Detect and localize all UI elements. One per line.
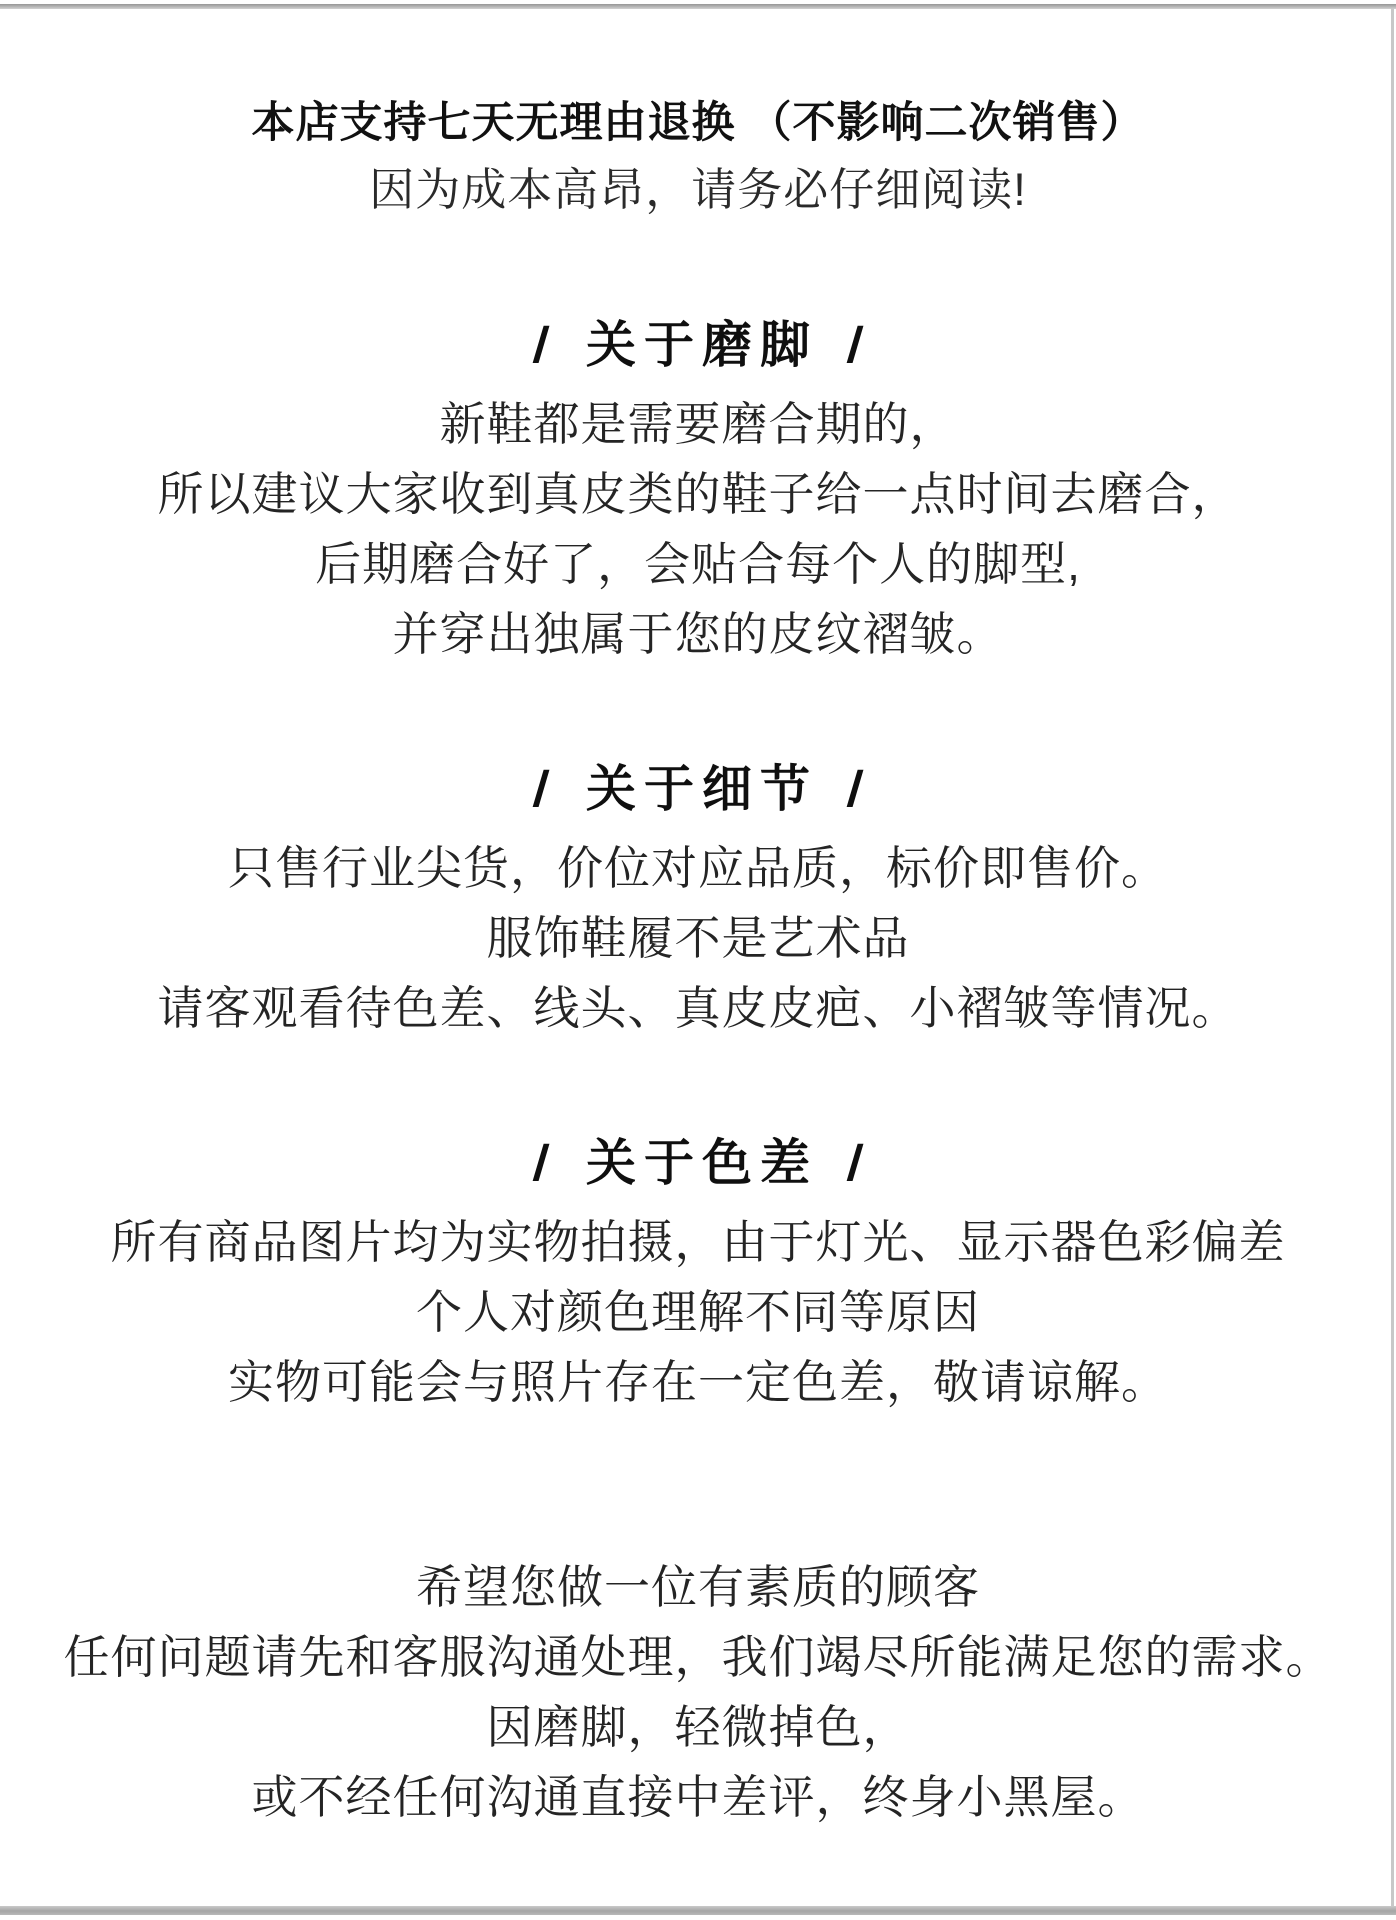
slash-mark: / [845, 317, 865, 373]
section-heading: / 关于色差 / [0, 1135, 1396, 1191]
section-line: 所有商品图片均为实物拍摄，由于灯光、显示器色彩偏差 [0, 1207, 1396, 1277]
section-heading-label: 关于色差 [578, 1135, 818, 1191]
section-line: 实物可能会与照片存在一定色差，敬请谅解。 [0, 1347, 1396, 1417]
footer-line: 任何问题请先和客服沟通处理，我们竭尽所能满足您的需求。 [0, 1622, 1396, 1692]
section-line: 个人对颜色理解不同等原因 [0, 1277, 1396, 1347]
page-title: 本店支持七天无理由退换 （不影响二次销售） [0, 98, 1396, 148]
notice-content: 本店支持七天无理由退换 （不影响二次销售） 因为成本高昂，请务必仔细阅读! / … [0, 0, 1396, 1832]
slash-mark: / [531, 317, 551, 373]
slash-mark: / [531, 761, 551, 817]
slash-mark: / [845, 1135, 865, 1191]
section-line: 新鞋都是需要磨合期的， [0, 389, 1396, 459]
slash-mark: / [531, 1135, 551, 1191]
section-about-color-difference: / 关于色差 / 所有商品图片均为实物拍摄，由于灯光、显示器色彩偏差 个人对颜色… [0, 1135, 1396, 1417]
section-heading-label: 关于细节 [578, 761, 818, 817]
section-line: 服饰鞋履不是艺术品 [0, 903, 1396, 973]
section-heading: / 关于磨脚 / [0, 317, 1396, 373]
footer-appeal: 希望您做一位有素质的顾客 任何问题请先和客服沟通处理，我们竭尽所能满足您的需求。… [0, 1552, 1396, 1832]
section-line: 请客观看待色差、线头、真皮皮疤、小褶皱等情况。 [0, 973, 1396, 1043]
bottom-edge-bar [0, 1906, 1396, 1915]
section-line: 并穿出独属于您的皮纹褶皱。 [0, 599, 1396, 669]
section-line: 后期磨合好了，会贴合每个人的脚型, [0, 529, 1396, 599]
section-line: 所以建议大家收到真皮类的鞋子给一点时间去磨合， [0, 459, 1396, 529]
footer-line: 或不经任何沟通直接中差评，终身小黑屋。 [0, 1762, 1396, 1832]
section-heading-label: 关于磨脚 [578, 317, 818, 373]
footer-line: 希望您做一位有素质的顾客 [0, 1552, 1396, 1622]
section-heading: / 关于细节 / [0, 761, 1396, 817]
policy-notice-page: 本店支持七天无理由退换 （不影响二次销售） 因为成本高昂，请务必仔细阅读! / … [0, 0, 1396, 1920]
section-about-details: / 关于细节 / 只售行业尖货，价位对应品质，标价即售价。 服饰鞋履不是艺术品 … [0, 761, 1396, 1043]
footer-line: 因磨脚，轻微掉色， [0, 1692, 1396, 1762]
page-subtitle: 因为成本高昂，请务必仔细阅读! [0, 155, 1396, 225]
slash-mark: / [845, 761, 865, 817]
section-line: 只售行业尖货，价位对应品质，标价即售价。 [0, 833, 1396, 903]
section-about-rubbing: / 关于磨脚 / 新鞋都是需要磨合期的， 所以建议大家收到真皮类的鞋子给一点时间… [0, 317, 1396, 669]
